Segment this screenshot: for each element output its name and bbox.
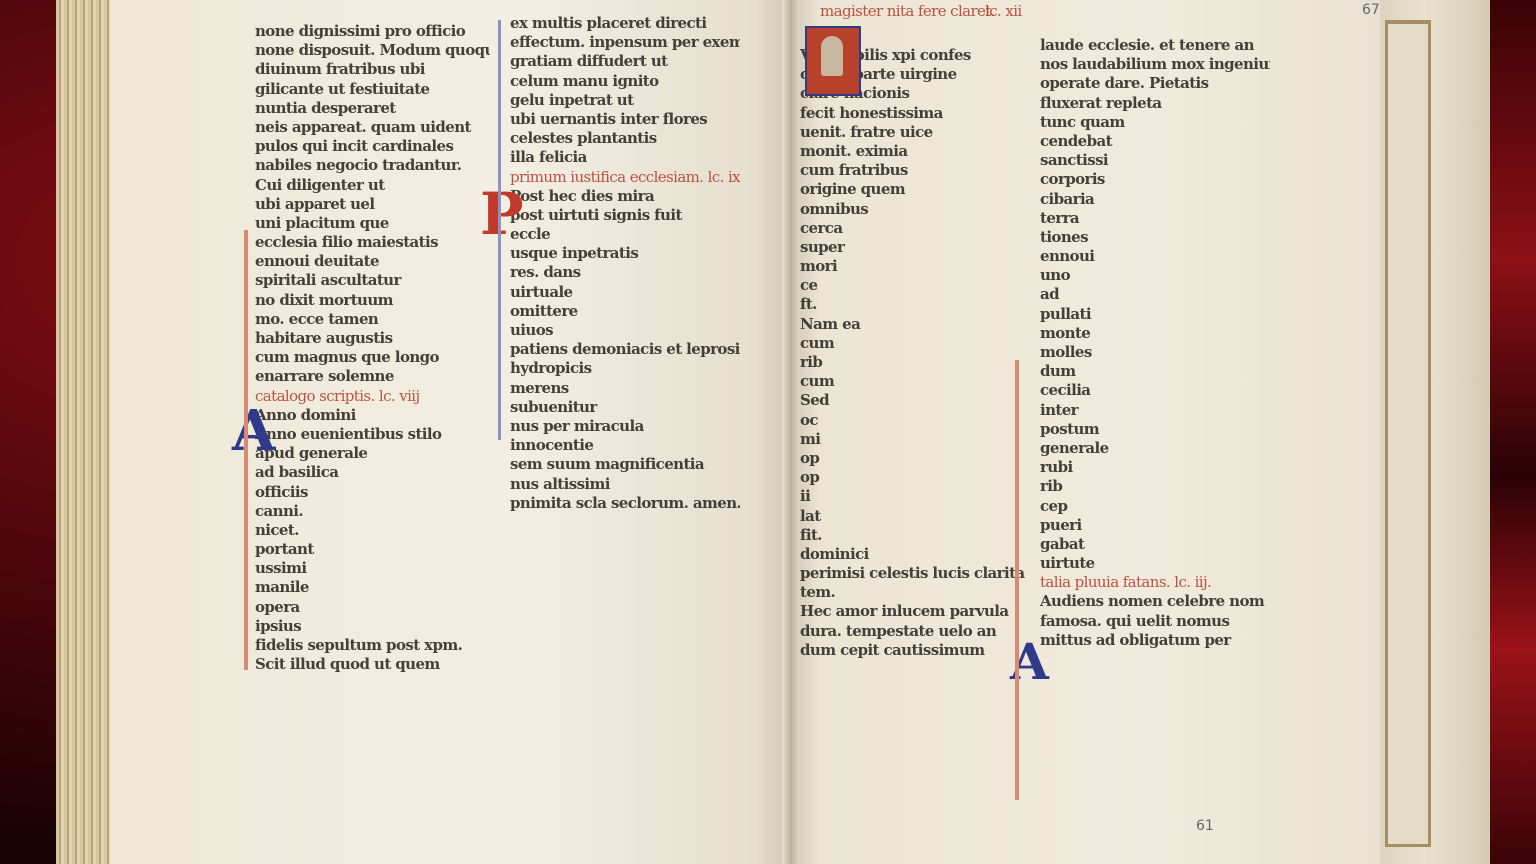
text-line: mo. ecce tamen [255,310,490,329]
text-line: lat [800,507,1025,526]
text-line: famosa. qui uelit nomus [1040,612,1270,631]
text-line: nos laudabilium mox ingenium [1040,55,1270,74]
text-line: rib [800,353,1025,372]
text-line: cerca [800,219,1025,238]
text-line: Cui diligenter ut [255,176,490,195]
text-line: sem suum magnificentia [510,455,740,474]
book-gutter [782,0,800,864]
text-line: perimisi celestis lucis claritas [800,564,1025,583]
text-line: ennoui deuitate [255,252,490,271]
text-line: opera [255,598,490,617]
text-line: celestes plantantis [510,129,740,148]
text-line: ce [800,276,1025,295]
text-line: rib [1040,477,1270,496]
text-line: dominici [800,545,1025,564]
text-line: hydropicis [510,359,740,378]
text-line: tem. [800,583,1025,602]
text-line: portant [255,540,490,559]
text-line: rubi [1040,458,1270,477]
text-line: terra [1040,209,1270,228]
text-line: uni placitum que [255,214,490,233]
decorative-border-right [1015,360,1019,800]
decorative-border-left [244,230,248,670]
text-line: fluxerat repleta [1040,94,1270,113]
saint-portrait-icon [821,36,843,76]
text-line: cum fratribus [800,161,1025,180]
text-line: diuinum fratribus ubi [255,60,490,79]
text-line: ubi apparet uel [255,195,490,214]
text-line: uirtuale [510,283,740,302]
text-line: talia pluuia fatans. lc. iij. [1040,573,1270,592]
text-line: cum [800,372,1025,391]
text-line: pulos qui incit cardinales [255,137,490,156]
left-column-2: ex multis placeret directieffectum. inpe… [510,14,740,513]
text-line: cum magnus que longo [255,348,490,367]
text-line: cecilia [1040,381,1270,400]
text-line: gelu inpetrat ut [510,91,740,110]
text-line: uno [1040,266,1270,285]
page-edges-left [56,0,112,864]
text-line: ft. [800,295,1025,314]
text-line: enarrare solemne [255,367,490,386]
text-line: canni. [255,502,490,521]
text-line: tunc quam [1040,113,1270,132]
right-column-2: laude ecclesie. et tenere annos laudabil… [1040,36,1270,650]
text-line: generale [1040,439,1270,458]
text-line: innocentie [510,436,740,455]
text-line: gabat [1040,535,1270,554]
text-line: Nam ea [800,315,1025,334]
text-line: Scit illud quod ut quem [255,655,490,674]
text-line: nus per miracula [510,417,740,436]
text-line: effectum. inpensum per exemplum [510,33,740,52]
text-line: nicet. [255,521,490,540]
text-line: celum manu ignito [510,72,740,91]
text-line: no dixit mortuum [255,291,490,310]
text-line: nus altissimi [510,475,740,494]
folio-number-bottom: 61 [1196,818,1214,834]
left-column-1: none dignissimi pro officionone disposui… [255,22,490,674]
text-line: Sed [800,391,1025,410]
text-line: catalogo scriptis. lc. viij [255,387,490,406]
text-line: dura. tempestate uelo an [800,622,1025,641]
text-line: op [800,449,1025,468]
text-line: ussimi [255,559,490,578]
text-line: op [800,468,1025,487]
text-line: illa felicia [510,148,740,167]
text-line: ad [1040,285,1270,304]
text-line: mori [800,257,1025,276]
text-line: ii [800,487,1025,506]
text-line: neis appareat. quam uident [255,118,490,137]
decorative-border-blue [498,20,501,440]
text-line: none dignissimi pro officio [255,22,490,41]
text-line: molles [1040,343,1270,362]
text-line: dum [1040,362,1270,381]
text-line: uiuos [510,321,740,340]
text-line: merens [510,379,740,398]
text-line: inter [1040,401,1270,420]
text-line: Audiens nomen celebre nom [1040,592,1270,611]
text-line: laude ecclesie. et tenere an [1040,36,1270,55]
text-line: mi [800,430,1025,449]
text-line: ad basilica [255,463,490,482]
text-line: sanctissi [1040,151,1270,170]
text-line: fecit honestissima [800,104,1025,123]
text-line: Anno domini [255,406,490,425]
text-line: corporis [1040,170,1270,189]
text-line: habitare augustis [255,329,490,348]
text-line: Post hec dies mira [510,187,740,206]
initial-a-left: A [232,398,275,464]
illuminated-miniature [805,26,861,96]
text-line: pnimita scla seclorum. amen. [510,494,740,513]
text-line: pueri [1040,516,1270,535]
text-line: omittere [510,302,740,321]
text-line: nuntia desperaret [255,99,490,118]
text-line: fidelis sepultum post xpm. [255,636,490,655]
text-line: origine quem [800,180,1025,199]
text-line: monte [1040,324,1270,343]
text-line: monit. eximia [800,142,1025,161]
heading-rubric: lc. xii [985,2,1022,21]
text-line: apud generale [255,444,490,463]
text-line: cum [800,334,1025,353]
text-line: manile [255,578,490,597]
text-line: subuenitur [510,398,740,417]
right-column-1: Venerabilis xpi confesceo ex parte uirgi… [800,46,1025,660]
text-line: dum cepit cautissimum [800,641,1025,660]
text-line: omnibus [800,200,1025,219]
right-page-heading: magister nita fere claret. [820,2,1000,21]
folded-leaf [1385,20,1431,847]
initial-p: P [480,180,524,248]
text-line: res. dans [510,263,740,282]
text-line: cep [1040,497,1270,516]
text-line: none disposuit. Modum quoque [255,41,490,60]
text-line: nabiles negocio tradantur. [255,156,490,175]
text-line: cendebat [1040,132,1270,151]
red-cloth-right [1490,0,1536,864]
text-line: cibaria [1040,190,1270,209]
folio-number-top: 67 [1362,2,1380,18]
text-line: usque inpetratis [510,244,740,263]
text-line: spiritali ascultatur [255,271,490,290]
text-line: fit. [800,526,1025,545]
text-line: ubi uernantis inter flores [510,110,740,129]
text-line: ipsius [255,617,490,636]
text-line: mittus ad obligatum per [1040,631,1270,650]
text-line: uirtute [1040,554,1270,573]
text-line: Hec amor inlucem parvula [800,602,1025,621]
text-line: gilicante ut festiuitate [255,80,490,99]
text-line: operate dare. Pietatis [1040,74,1270,93]
text-line: primum iustifica ecclesiam. lc. ix. [510,168,740,187]
text-line: pullati [1040,305,1270,324]
text-line: officiis [255,483,490,502]
text-line: ecclesia filio maiestatis [255,233,490,252]
text-line: patiens demoniacis et leprosi [510,340,740,359]
text-line: tiones [1040,228,1270,247]
text-line: ennoui [1040,247,1270,266]
text-line: ex multis placeret directi [510,14,740,33]
text-line: Anno euenientibus stilo [255,425,490,444]
text-line: post uirtuti signis fuit [510,206,740,225]
text-line: gratiam diffudert ut [510,52,740,71]
text-line: eccle [510,225,740,244]
text-line: super [800,238,1025,257]
text-line: oc [800,411,1025,430]
text-line: postum [1040,420,1270,439]
text-line: uenit. fratre uice [800,123,1025,142]
